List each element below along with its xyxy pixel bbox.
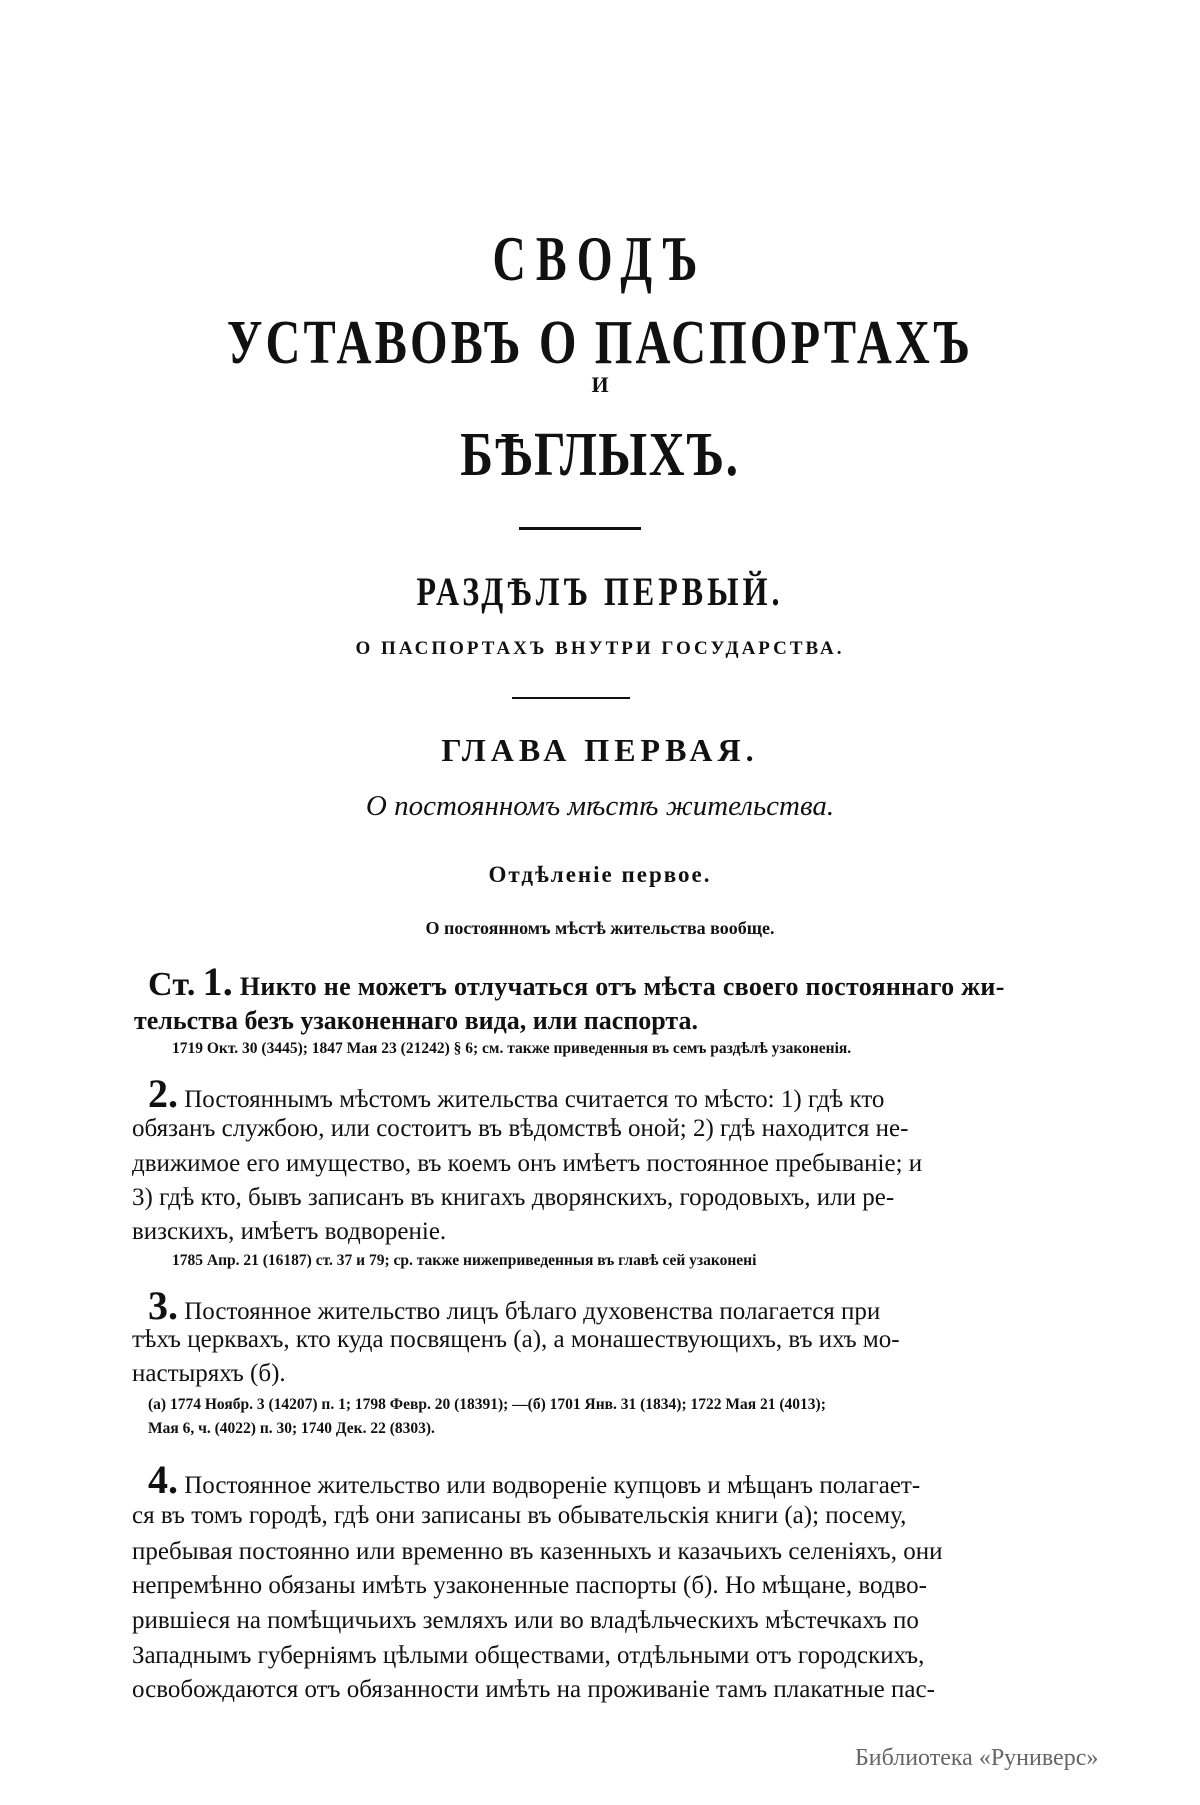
department-subtitle: О постоянномъ мѣстѣ жительства вообще. [0, 918, 1200, 939]
title-line-4: БѢГЛЫХЪ. [120, 420, 1080, 491]
article-text: Постояннымъ мѣстомъ жительства считается… [184, 1086, 884, 1113]
article-number: 4. [148, 1457, 178, 1502]
library-watermark: Библиотека «Руниверс» [855, 1745, 1098, 1772]
document-page: СВОДЪ УСТАВОВЪ О ПАСПОРТАХЪ И БѢГЛЫХЪ. Р… [0, 0, 1200, 1805]
article-line: тельства безъ узаконеннаго вида, или пас… [134, 1006, 698, 1036]
article-text: Постоянное жительство лицъ бѣлаго духове… [184, 1298, 880, 1325]
article-line: визскихъ, имѣетъ водвореніе. [132, 1218, 446, 1246]
article-reference: 1719 Окт. 30 (3445); 1847 Мая 23 (21242)… [172, 1040, 851, 1058]
article-line: освобождаются отъ обязанности имѣть на п… [132, 1676, 935, 1704]
section-subtitle: О ПАСПОРТАХЪ ВНУТРИ ГОСУДАРСТВА. [0, 638, 1200, 660]
section-divider [512, 697, 630, 699]
title-conjunction: И [0, 372, 1200, 398]
article-text: Никто не можетъ отлучаться отъ мѣста сво… [240, 972, 1005, 1001]
section-title: РАЗДѢЛЪ ПЕРВЫЙ. [120, 568, 1080, 615]
title-line-1: СВОДЪ [168, 222, 1032, 296]
title-line-2: УСТАВОВЪ О ПАСПОРТАХЪ [132, 308, 1068, 379]
article-reference: Мая 6, ч. (4022) п. 30; 1740 Дек. 22 (83… [148, 1420, 435, 1438]
article-line: 3) гдѣ кто, бывъ записанъ въ книгахъ дво… [132, 1184, 894, 1212]
article-number: 2. [148, 1071, 178, 1116]
department-title: Отдѣленіе первое. [0, 862, 1200, 888]
article-reference: 1785 Апр. 21 (16187) ст. 37 и 79; ср. та… [172, 1252, 756, 1270]
article-reference: (а) 1774 Ноябр. 3 (14207) п. 1; 1798 Фев… [148, 1396, 826, 1414]
article-line: тѣхъ церквахъ, кто куда посвященъ (а), а… [132, 1326, 900, 1354]
article-line: 3. Постоянное жительство лицъ бѣлаго дух… [148, 1282, 880, 1329]
article-line: ся въ томъ городѣ, гдѣ они записаны въ о… [132, 1502, 906, 1530]
article-line: 2. Постояннымъ мѣстомъ жительства считае… [148, 1070, 884, 1117]
article-text: Постоянное жительство или водвореніе куп… [184, 1472, 920, 1499]
article-line: настыряхъ (б). [132, 1360, 286, 1388]
article-line: 4. Постоянное жительство или водвореніе … [148, 1456, 920, 1503]
article-line: Ст. 1. Никто не можетъ отлучаться отъ мѣ… [148, 958, 1005, 1005]
article-line: рившіеся на помѣщичьихъ земляхъ или во в… [132, 1607, 919, 1635]
title-divider [519, 527, 641, 530]
article-label: Ст. [148, 966, 196, 1003]
article-line: непремѣнно обязаны имѣть узаконенные пас… [132, 1572, 927, 1600]
article-number: 3. [148, 1283, 178, 1328]
article-line: движимое его имущество, въ коемъ онъ имѣ… [132, 1150, 922, 1178]
chapter-title: ГЛАВА ПЕРВАЯ. [0, 732, 1200, 769]
article-line: Западнымъ губерніямъ цѣлыми обществами, … [132, 1642, 924, 1670]
article-line: обязанъ службою, или состоитъ въ вѣдомст… [132, 1115, 908, 1143]
article-number: 1. [202, 959, 233, 1004]
article-line: пребывая постоянно или временно въ казен… [132, 1538, 943, 1566]
chapter-subtitle: О постоянномъ мѣстѣ жительства. [0, 790, 1200, 823]
